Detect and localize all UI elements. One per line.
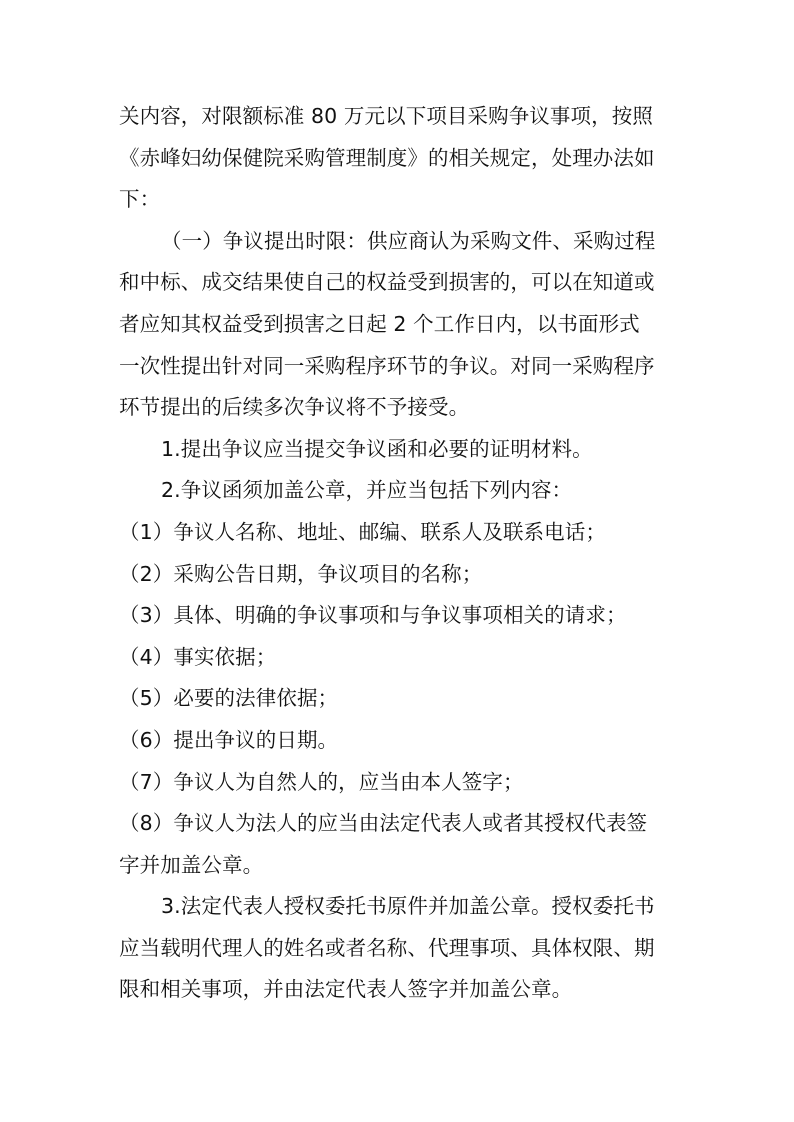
text-line-continuation: 关内容，对限额标准 80 万元以下项目采购争议事项，按照 bbox=[119, 96, 677, 138]
section-heading-dispute-time-limit: （一）争议提出时限：供应商认为采购文件、采购过程 bbox=[119, 221, 677, 263]
text-line: 环节提出的后续多次争议将不予接受。 bbox=[119, 387, 677, 429]
text-line: 一次性提出针对同一采购程序环节的争议。对同一采购程序 bbox=[119, 346, 677, 388]
numbered-item-2: 2.争议函须加盖公章，并应当包括下列内容： bbox=[119, 470, 677, 512]
numbered-item-1: 1.提出争议应当提交争议函和必要的证明材料。 bbox=[119, 429, 677, 471]
text-line-regulation-reference: 《赤峰妇幼保健院采购管理制度》的相关规定，处理办法如 bbox=[119, 138, 677, 180]
document-page: 关内容，对限额标准 80 万元以下项目采购争议事项，按照 《赤峰妇幼保健院采购管… bbox=[119, 96, 677, 1011]
text-line-intro-end: 下： bbox=[119, 179, 677, 221]
sub-item-4: （4）事实依据； bbox=[119, 637, 677, 679]
sub-item-1: （1）争议人名称、地址、邮编、联系人及联系电话； bbox=[119, 512, 677, 554]
numbered-item-3: 3.法定代表人授权委托书原件并加盖公章。授权委托书 bbox=[119, 886, 677, 928]
text-line: 者应知其权益受到损害之日起 2 个工作日内，以书面形式 bbox=[119, 304, 677, 346]
sub-item-6: （6）提出争议的日期。 bbox=[119, 720, 677, 762]
sub-item-5: （5）必要的法律依据； bbox=[119, 678, 677, 720]
text-line: 应当载明代理人的姓名或者名称、代理事项、具体权限、期 bbox=[119, 928, 677, 970]
sub-item-8: （8）争议人为法人的应当由法定代表人或者其授权代表签 bbox=[119, 803, 677, 845]
text-line: 字并加盖公章。 bbox=[119, 845, 677, 887]
text-line: 限和相关事项，并由法定代表人签字并加盖公章。 bbox=[119, 969, 677, 1011]
text-line: 和中标、成交结果使自己的权益受到损害的，可以在知道或 bbox=[119, 262, 677, 304]
sub-item-7: （7）争议人为自然人的，应当由本人签字； bbox=[119, 762, 677, 804]
sub-item-2: （2）采购公告日期，争议项目的名称； bbox=[119, 554, 677, 596]
sub-item-3: （3）具体、明确的争议事项和与争议事项相关的请求； bbox=[119, 595, 677, 637]
